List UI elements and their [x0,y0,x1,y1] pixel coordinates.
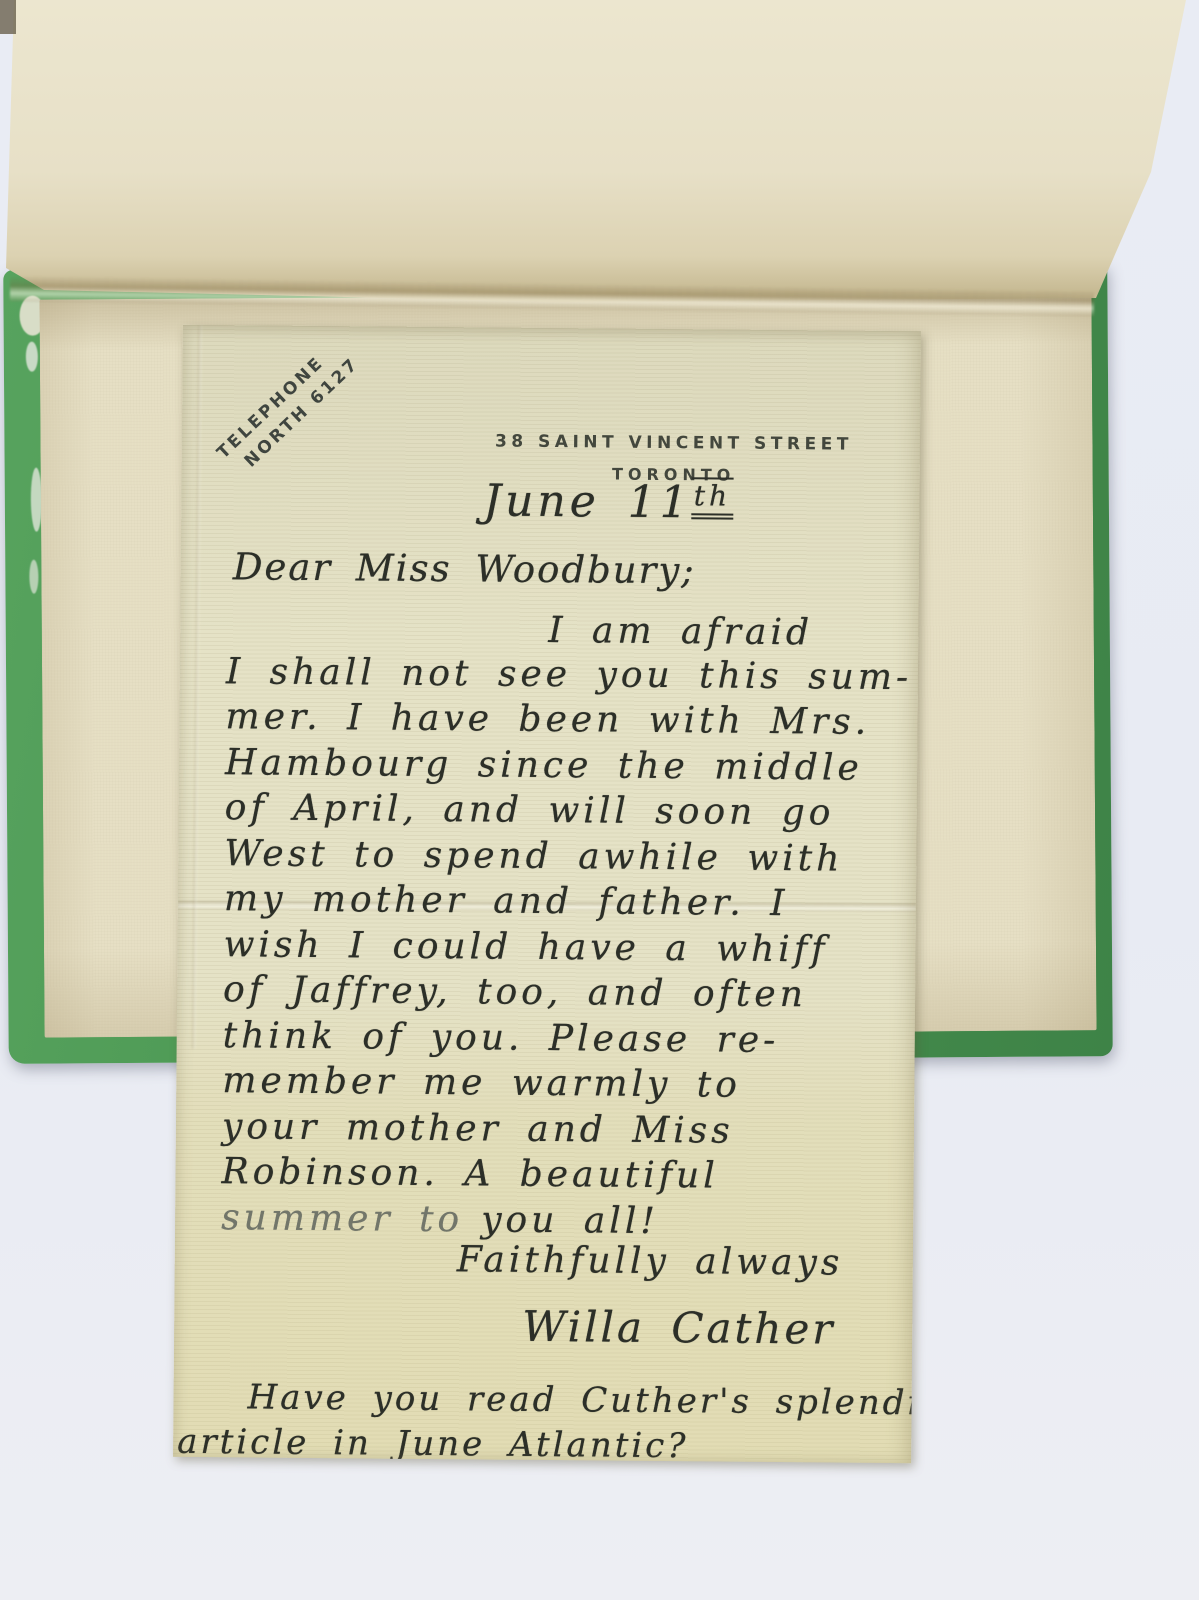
body-line: think of you. Please re- [223,1015,780,1061]
body-line-mixed-ink: summer toyou all! [221,1197,659,1242]
address-line-1: 38 SAINT VINCENT STREET [434,431,914,455]
body-line: your mother and Miss [222,1106,734,1151]
postscript-line-2: article in June Atlantic? [177,1422,689,1463]
date-line: June 11th [483,475,733,531]
telephone-stamp: TELEPHONE NORTH 6127 [212,334,365,483]
photo-letter-in-open-book: TELEPHONE NORTH 6127 38 SAINT VINCENT ST… [0,0,1199,1600]
date-main: June 11 [483,475,692,528]
signature: Willa Cather [522,1302,836,1354]
closing-line: Faithfully always [457,1239,844,1283]
worn-patch [26,342,38,372]
endpaper-top-flap [0,0,1199,312]
body-line-indent: I am afraid [548,610,813,653]
body-line: of Jaffrey, too, and often [223,969,807,1015]
body-line: I shall not see you this sum- [226,651,913,698]
body-line: Hambourg since the middle [225,742,863,789]
body-line: my mother and father. I [224,878,789,924]
body-line: wish I could have a whiff [223,924,828,970]
gray-ink-text: summer to [221,1197,463,1240]
body-line: of April, and will soon go [225,787,835,833]
postscript-line-1: Have you read Cuther's splendid [247,1377,921,1423]
letter-sheet: TELEPHONE NORTH 6127 38 SAINT VINCENT ST… [173,325,921,1463]
date-suffix: th [692,477,734,519]
body-line: Robinson. A beautiful [221,1151,719,1196]
body-line: member me warmly to [222,1060,741,1106]
vertical-fold-crease [192,325,202,1049]
body-line: West to spend awhile with [224,833,843,879]
body-line: mer. I have been with Mrs. [225,696,870,743]
corner-notch [0,0,16,34]
worn-patch [29,560,38,594]
dark-ink-text: you all! [481,1199,659,1242]
salutation-line: Dear Miss Woodbury; [233,545,696,592]
